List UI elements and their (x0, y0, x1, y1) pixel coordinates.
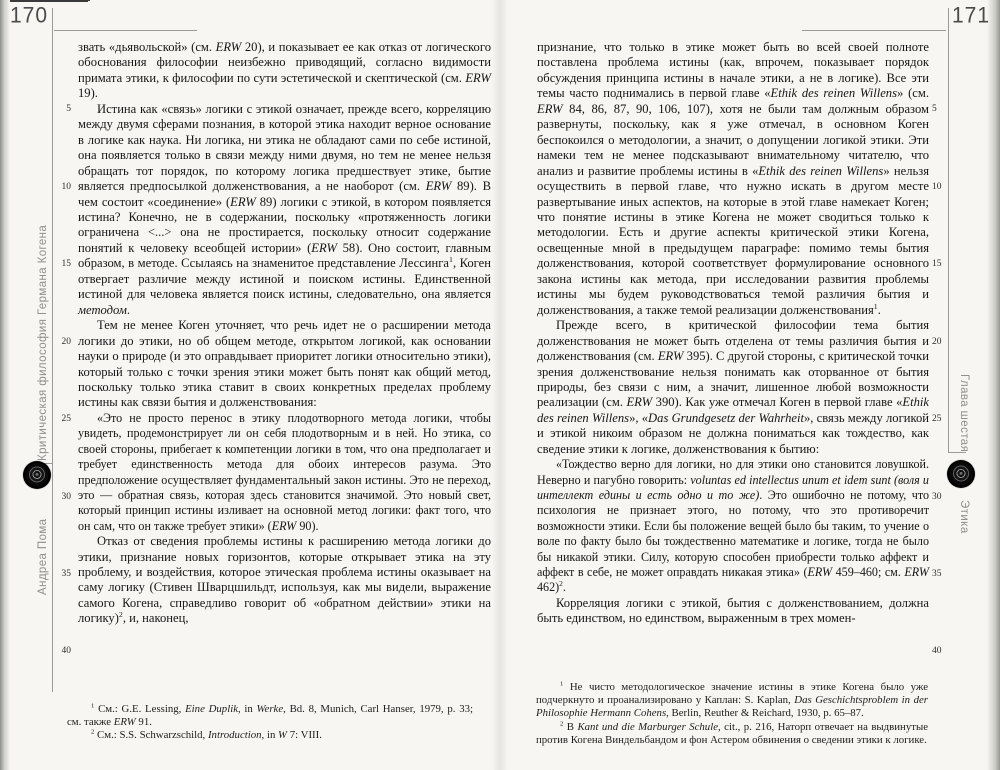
footnotes-left: 1 См.: G.E. Lessing, Eine Duplik, in Wer… (67, 703, 473, 743)
line-number: 30 (55, 492, 71, 502)
body-paragraph: Тем не менее Коген уточняет, что речь ид… (78, 318, 491, 411)
text-run: W (278, 729, 287, 741)
text-run: Тем не менее Коген уточняет, что речь ид… (78, 318, 491, 409)
text-run: », « (629, 411, 648, 425)
text-run: См.: G.E. Lessing, (94, 703, 185, 715)
page-number-right: 171 (952, 3, 990, 28)
text-run: . (878, 303, 881, 317)
line-number: 25 (55, 414, 71, 424)
text-run: . (127, 303, 130, 317)
margin-rule-right (948, 8, 949, 453)
text-run: ERW (626, 395, 652, 409)
body-paragraph: Отказ от сведения проблемы истины к расш… (78, 534, 491, 627)
text-run: Introduction (208, 729, 262, 741)
line-number: 5 (932, 104, 948, 114)
text-run: , in (238, 703, 257, 715)
margin-rule-left (52, 8, 53, 692)
block-quote: «Это не просто перенос в этику плодотвор… (78, 411, 491, 534)
text-run: 390). Как уже отмечал Коген в первой гла… (652, 395, 902, 409)
text-run: 462) (537, 580, 559, 594)
text-run: звать «дьявольской» (см. (78, 40, 216, 54)
body-paragraph: Истина как «связь» логики с этикой означ… (78, 102, 491, 318)
line-number: 20 (932, 337, 948, 347)
text-run: , Berlin, Reuther & Reichard, 1930, p. 6… (666, 707, 864, 719)
body-paragraph: Прежде всего, в критической философии те… (537, 318, 929, 457)
text-run: Ethik des reinen Willens (758, 164, 883, 178)
text-run: методом (78, 303, 127, 317)
footnote: 1 Не чисто методологическое значение ист… (536, 681, 928, 721)
text-run: 7: VIII. (287, 729, 322, 741)
text-run: Eine Duplik (185, 703, 238, 715)
text-run: ERW (216, 40, 242, 54)
text-run: , in (262, 729, 279, 741)
text-run: «Это не просто перенос в этику плодотвор… (78, 411, 491, 533)
text-run: ERW (114, 716, 136, 728)
text-run: См.: S.S. Schwarzschild, (94, 729, 208, 741)
line-number: 5 (55, 104, 71, 114)
line-number: 35 (55, 569, 71, 579)
margin-chapter: Глава шестая (958, 374, 970, 452)
text-run: Корреляция логики с этикой, бытия с долж… (537, 596, 929, 625)
body-paragraph: признание, что только в этике может быть… (537, 40, 929, 318)
text-run: Werke (257, 703, 284, 715)
text-run: 459–460; см. (832, 565, 904, 579)
line-number: 35 (932, 569, 948, 579)
text-run: ERW (465, 71, 491, 85)
block-quote: «Тождество верно для логики, но для этик… (537, 457, 929, 596)
scan-edge-left (0, 0, 10, 770)
line-number: 10 (932, 182, 948, 192)
body-paragraph: Корреляция логики с этикой, бытия с долж… (537, 596, 929, 627)
footnote: 2 В Kant und die Marburger Schule, cit.,… (536, 721, 928, 747)
footnotes-right: 1 Не чисто методологическое значение ист… (536, 681, 928, 747)
line-number: 30 (932, 492, 948, 502)
text-run: Kant und die Marburger Schule (577, 721, 718, 733)
line-number: 40 (932, 646, 948, 656)
scan-edge-right (987, 0, 1000, 770)
text-run: ERW (904, 565, 929, 579)
text-run: ERW (230, 195, 256, 209)
text-run: Das Grundgesetz der Wahrheit (648, 411, 804, 425)
page-body-left: звать «дьявольской» (см. ERW 20), и пока… (78, 40, 491, 627)
line-number: 40 (55, 646, 71, 656)
text-run: В (563, 721, 577, 733)
header-rule-right (802, 30, 946, 31)
text-run: ERW (658, 349, 684, 363)
text-run: ERW (537, 102, 563, 116)
text-run: ERW (311, 241, 337, 255)
publisher-stamp-icon (947, 460, 975, 488)
margin-author: Андреа Пома (37, 519, 49, 595)
line-number: 25 (932, 414, 948, 424)
footnote: 2 См.: S.S. Schwarzschild, Introduction,… (67, 729, 473, 742)
page-gutter-shadow (492, 0, 508, 770)
text-run: , и, наконец, (123, 611, 189, 625)
footnote: 1 См.: G.E. Lessing, Eine Duplik, in Wer… (67, 703, 473, 729)
body-paragraph: звать «дьявольской» (см. ERW 20), и пока… (78, 40, 491, 102)
margin-running-title: Критическая философия Германа Когена (37, 225, 49, 461)
text-run: 91. (136, 716, 152, 728)
line-number: 15 (55, 259, 71, 269)
book-spread: 170 171 Критическая философия Германа Ко… (0, 0, 1000, 770)
page-body-right: признание, что только в этике может быть… (537, 40, 929, 627)
text-run: ERW (426, 179, 452, 193)
text-run: » нельзя осуществить в первой главе, что… (537, 164, 929, 317)
text-run: Ethik des reinen Willens (771, 86, 898, 100)
line-number-column-right: 510152025303540 (932, 0, 948, 770)
text-run: ERW (807, 565, 832, 579)
page-number-left: 170 (10, 3, 48, 28)
line-number-column-left: 510152025303540 (55, 0, 71, 770)
text-run: . (563, 580, 566, 594)
line-number: 10 (55, 182, 71, 192)
line-number: 15 (932, 259, 948, 269)
margin-section: Этика (958, 500, 970, 534)
text-run: 90). (296, 519, 318, 533)
text-run: 19). (78, 86, 98, 100)
publisher-stamp-icon (23, 461, 51, 489)
footnote-rule-right (0, 1, 88, 2)
text-run: ERW (272, 519, 297, 533)
header-rule-left (54, 30, 197, 31)
line-number: 20 (55, 337, 71, 347)
text-run: » (см. (897, 86, 929, 100)
